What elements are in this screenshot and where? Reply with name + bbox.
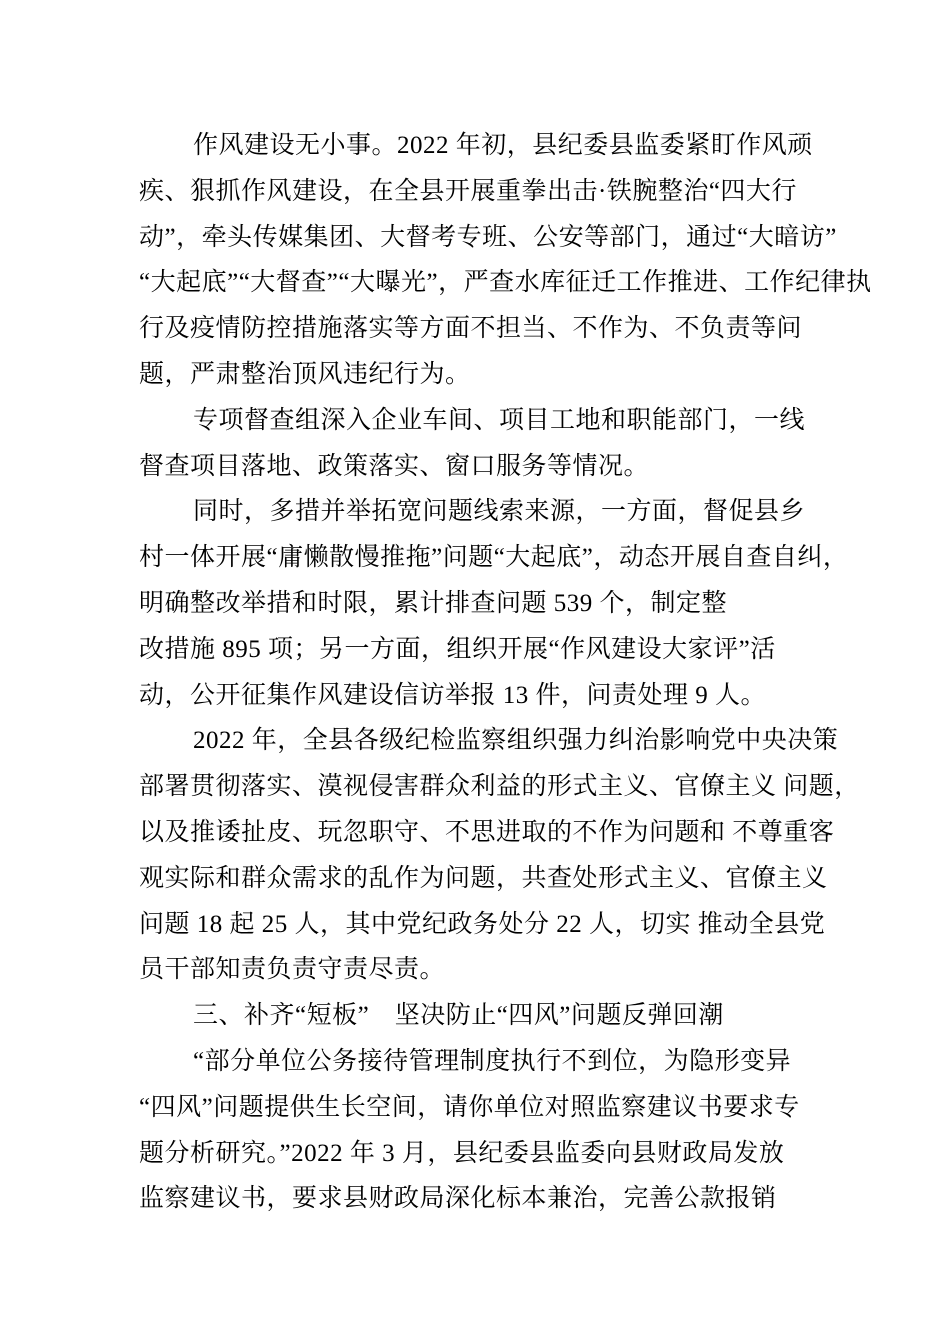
- text-line: 作风建设无小事。2022 年初，县纪委县监委紧盯作风顽: [139, 123, 899, 169]
- text-line: 监察建议书，要求县财政局深化标本兼治，完善公款报销: [139, 1176, 899, 1222]
- paragraph-supervision-proposal: “部分单位公务接待管理制度执行不到位，为隐形变异 “四风”问题提供生长空间，请你…: [139, 1039, 899, 1222]
- document-page: 作风建设无小事。2022 年初，县纪委县监委紧盯作风顽 疾、狠抓作风建设，在全县…: [0, 0, 950, 1344]
- text-line: 题，严肃整治顶风违纪行为。: [139, 352, 899, 398]
- text-line: 部署贯彻落实、漠视侵害群众利益的形式主义、官僚主义 问题，: [139, 764, 899, 810]
- text-line: 动，公开征集作风建设信访举报 13 件，问责处理 9 人。: [139, 673, 899, 719]
- text-line: 2022 年，全县各级纪检监察组织强力纠治影响党中央决策: [139, 718, 899, 764]
- paragraph-2022-rectification: 2022 年，全县各级纪检监察组织强力纠治影响党中央决策 部署贯彻落实、漠视侵害…: [139, 718, 899, 993]
- text-line: 村一体开展“庸懒散慢推拖”问题“大起底”，动态开展自查自纠，: [139, 535, 899, 581]
- text-line: 动”，牵头传媒集团、大督考专班、公安等部门，通过“大暗访”: [139, 215, 899, 261]
- text-line: 员干部知责负责守责尽责。: [139, 947, 899, 993]
- text-line: 明确整改举措和时限，累计排查问题 539 个，制定整: [139, 581, 899, 627]
- document-text: 作风建设无小事。2022 年初，县纪委县监委紧盯作风顽 疾、狠抓作风建设，在全县…: [139, 123, 899, 1222]
- text-line: 专项督查组深入企业车间、项目工地和职能部门，一线: [139, 398, 899, 444]
- text-line: 观实际和群众需求的乱作为问题，共查处形式主义、官僚主义: [139, 856, 899, 902]
- text-line: 以及推诿扯皮、玩忽职守、不思进取的不作为问题和 不尊重客: [139, 810, 899, 856]
- text-line: 同时，多措并举拓宽问题线索来源，一方面，督促县乡: [139, 489, 899, 535]
- text-line: 督查项目落地、政策落实、窗口服务等情况。: [139, 444, 899, 490]
- text-line: 改措施 895 项；另一方面，组织开展“作风建设大家评”活: [139, 627, 899, 673]
- text-line: “大起底”“大督查”“大曝光”，严查水库征迁工作推进、工作纪律执: [139, 260, 899, 306]
- paragraph-work-style: 作风建设无小事。2022 年初，县纪委县监委紧盯作风顽 疾、狠抓作风建设，在全县…: [139, 123, 899, 398]
- paragraph-problem-sources: 同时，多措并举拓宽问题线索来源，一方面，督促县乡 村一体开展“庸懒散慢推拖”问题…: [139, 489, 899, 718]
- text-line: 问题 18 起 25 人，其中党纪政务处分 22 人，切实 推动全县党: [139, 902, 899, 948]
- text-line: 疾、狠抓作风建设，在全县开展重拳出击·铁腕整治“四大行: [139, 169, 899, 215]
- section-heading: 三、补齐“短板” 坚决防止“四风”问题反弹回潮: [139, 993, 899, 1039]
- text-line: 行及疫情防控措施落实等方面不担当、不作为、不负责等问: [139, 306, 899, 352]
- text-line: 题分析研究。”2022 年 3 月，县纪委县监委向县财政局发放: [139, 1131, 899, 1177]
- paragraph-inspection-teams: 专项督查组深入企业车间、项目工地和职能部门，一线 督查项目落地、政策落实、窗口服…: [139, 398, 899, 490]
- text-line: “部分单位公务接待管理制度执行不到位，为隐形变异: [139, 1039, 899, 1085]
- text-line: “四风”问题提供生长空间，请你单位对照监察建议书要求专: [139, 1085, 899, 1131]
